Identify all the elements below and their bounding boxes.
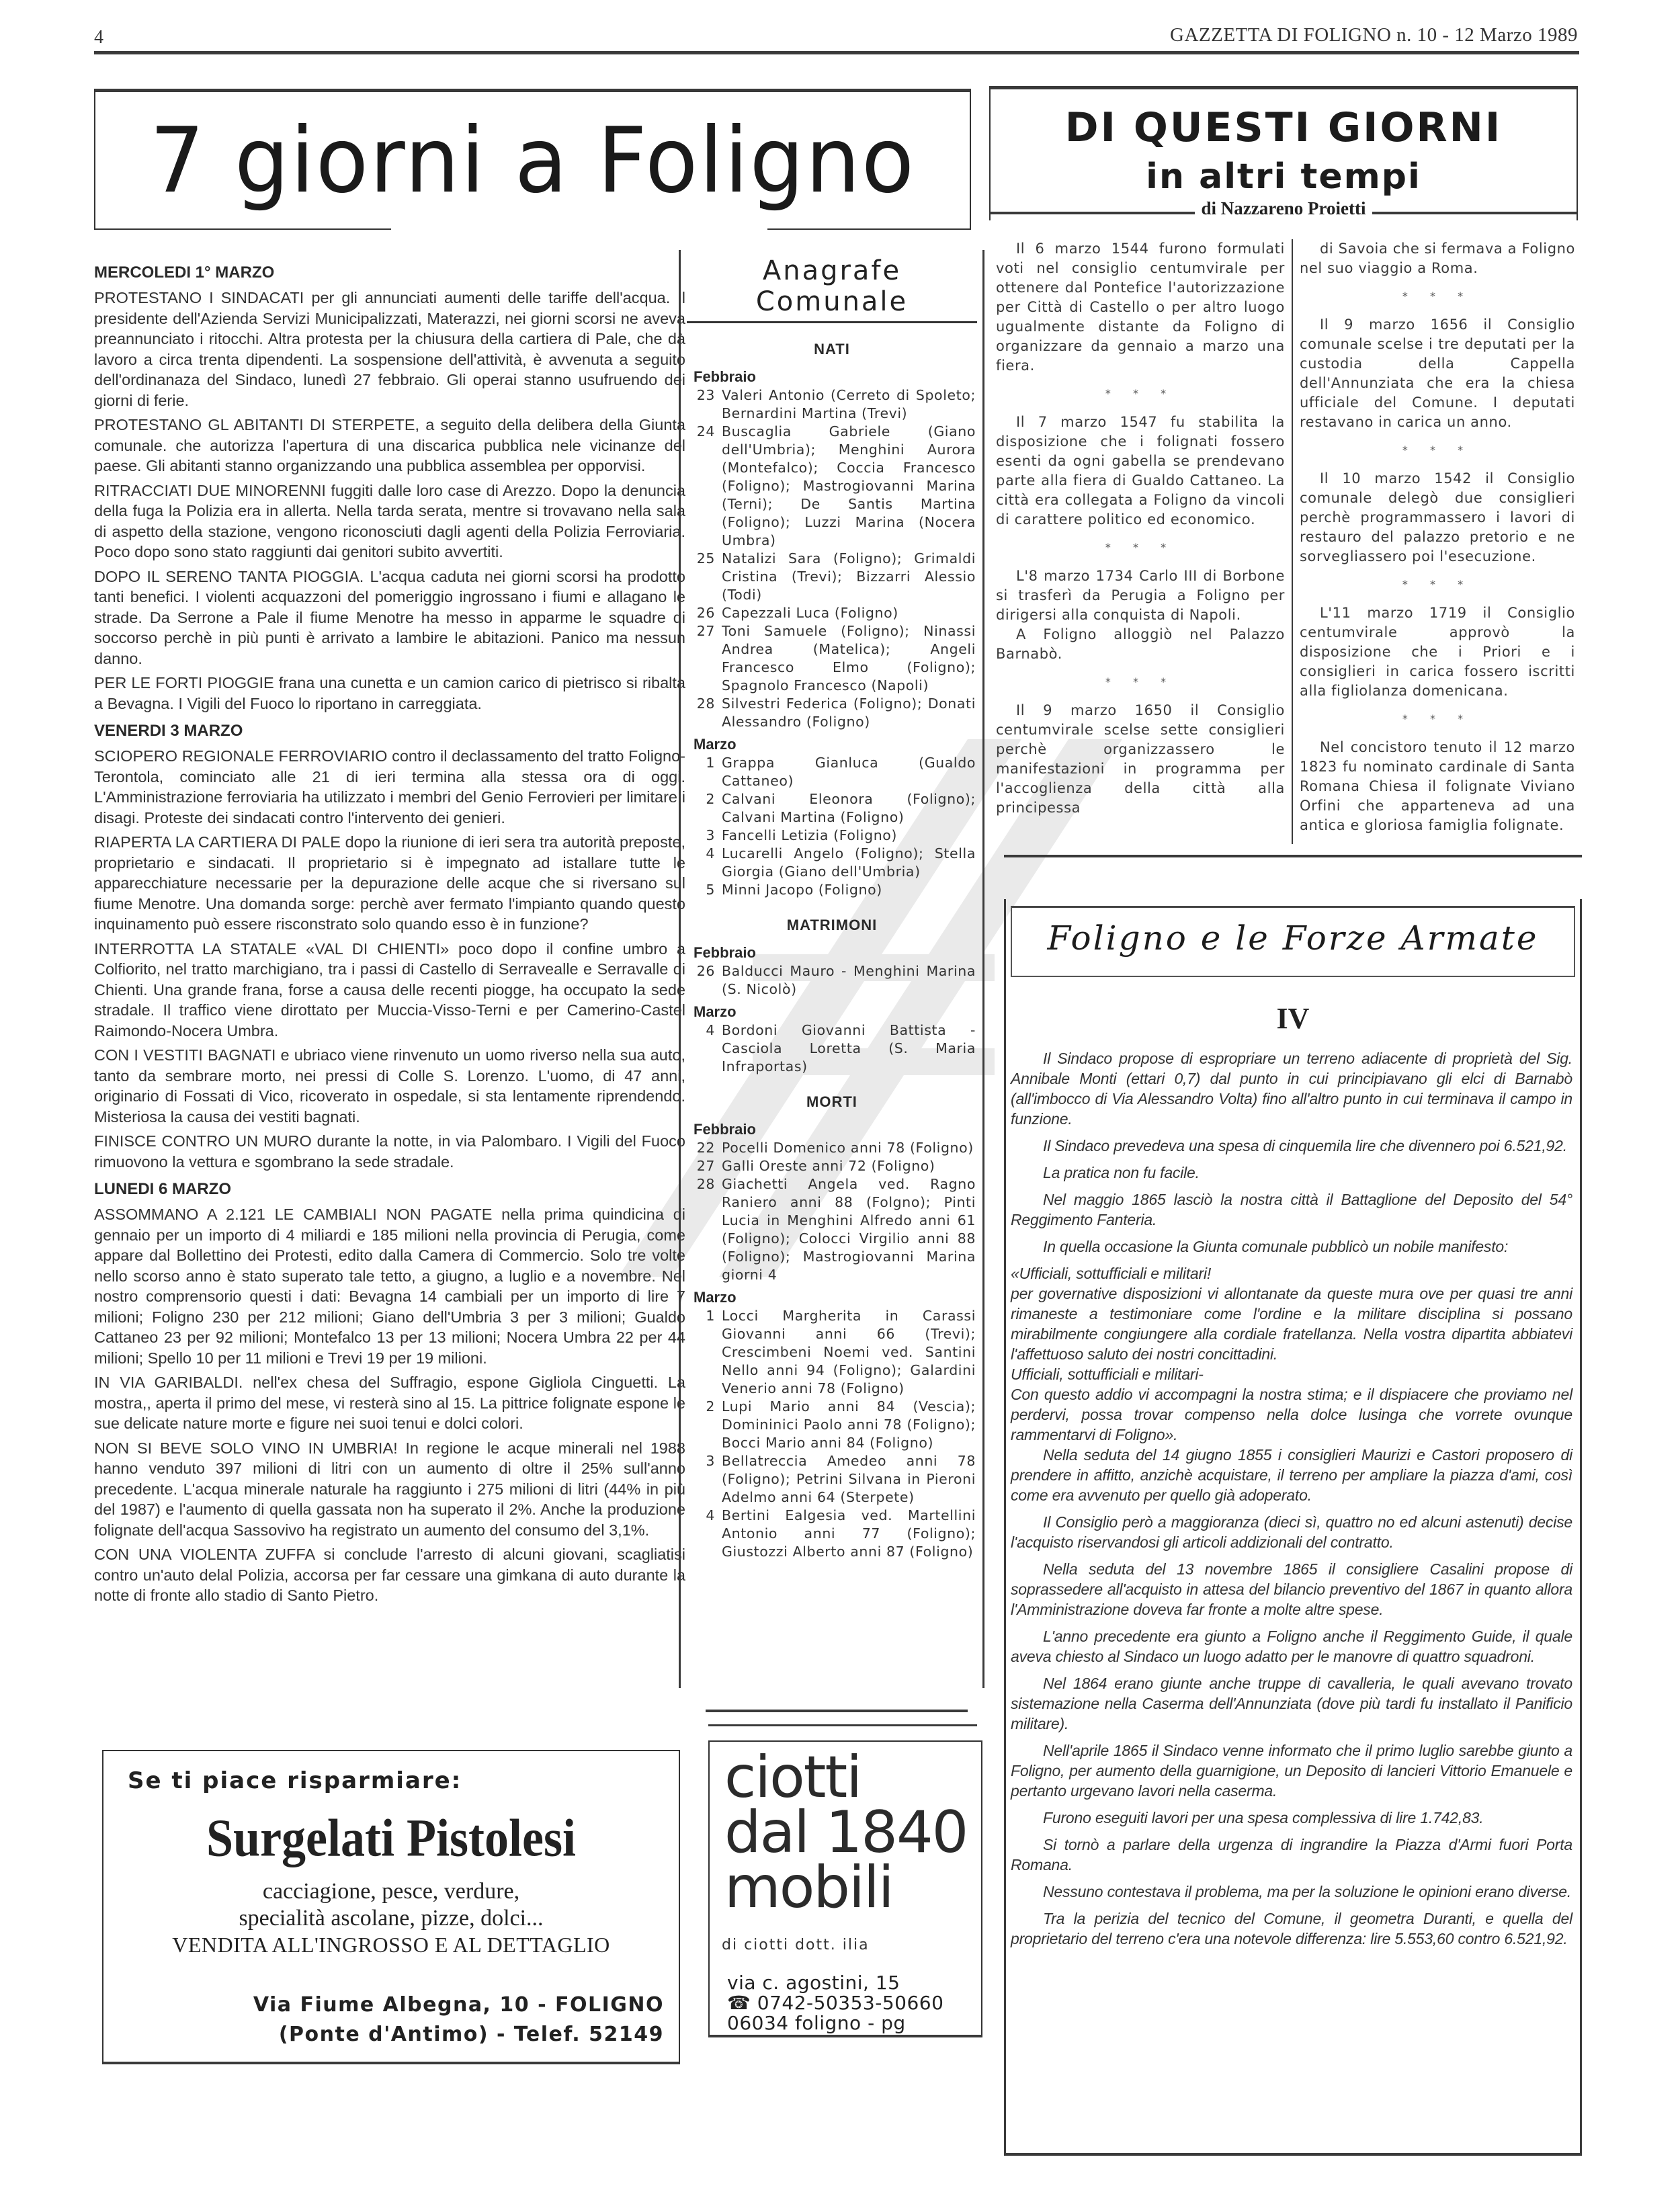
- entry-text: Minni Jacopo (Foligno): [722, 881, 980, 899]
- article-paragraph: Nella seduta del 13 novembre 1865 il con…: [1011, 1559, 1572, 1619]
- forze-armate-title-box: Foligno e le Forze Armate: [1011, 906, 1575, 977]
- ciotti-logo-line1: ciotti: [724, 1750, 967, 1805]
- section-separator: * * *: [1300, 709, 1575, 728]
- news-item: PROTESTANO I SINDACATI per gli annunciat…: [94, 288, 685, 411]
- article-paragraph: per governative disposizioni vi allontan…: [1011, 1283, 1572, 1364]
- anagrafe-bottom-rule: [706, 1710, 968, 1712]
- day-heading: LUNEDI 6 MARZO: [94, 1179, 685, 1200]
- header-rule: [94, 51, 1579, 54]
- dqg-paragraph: L'11 marzo 1719 il Consiglio centumviral…: [1300, 603, 1575, 701]
- day-heading: VENERDI 3 MARZO: [94, 720, 685, 742]
- news-lead: SCIOPERO REGIONALE FERROVIARIO: [94, 747, 387, 765]
- dqg-paragraph: L'8 marzo 1734 Carlo III di Borbone si t…: [996, 566, 1285, 625]
- news-item: RITRACCIATI DUE MINORENNI fuggiti dalle …: [94, 480, 685, 562]
- dqg-column-1: Il 6 marzo 1544 furono formulati voti ne…: [996, 239, 1285, 818]
- entry-day: 1: [684, 754, 722, 790]
- ad-products-line1: cacciagione, pesce, verdure,: [103, 1879, 679, 1904]
- article-paragraph: Nell'aprile 1865 il Sindaco venne inform…: [1011, 1740, 1572, 1801]
- dqg-paragraph: A Foligno alloggiò nel Palazzo Barnabò.: [996, 625, 1285, 664]
- masthead: GAZZETTA DI FOLIGNO n. 10 - 12 Marzo 198…: [1170, 24, 1578, 46]
- dqg-paragraph: Il 7 marzo 1547 fu stabilita la disposiz…: [996, 413, 1285, 530]
- column-divider: [679, 250, 681, 1688]
- news-item: IN VIA GARIBALDI. nell'ex chesa del Suff…: [94, 1372, 685, 1434]
- news-lead: PER LE FORTI PIOGGIE: [94, 674, 274, 691]
- article-paragraph: Il Sindaco propose di espropriare un ter…: [1011, 1048, 1572, 1129]
- section-separator: * * *: [1300, 286, 1575, 306]
- ciotti-phone: 0742-50353-50660: [757, 1992, 944, 2014]
- news-item: DOPO IL SERENO TANTA PIOGGIA. L'acqua ca…: [94, 566, 685, 669]
- ciotti-top-rule: [708, 1724, 977, 1726]
- anagrafe-entry: 24Buscaglia Gabriele (Giano dell'Umbria)…: [684, 423, 980, 550]
- entry-day: 27: [684, 1157, 722, 1175]
- anagrafe-section-heading: MATRIMONI: [684, 917, 980, 934]
- anagrafe-rule: [687, 321, 977, 323]
- dqg-paragraph: Il 10 marzo 1542 il Consiglio comunale d…: [1300, 469, 1575, 566]
- news-lead: PROTESTANO I SINDACATI: [94, 289, 304, 306]
- section-separator: * * *: [996, 672, 1285, 691]
- title-box-gap: [391, 226, 767, 231]
- entry-day: 23: [684, 386, 722, 423]
- anagrafe-section-heading: MORTI: [684, 1093, 980, 1111]
- entry-text: Locci Margherita in Carassi Giovanni ann…: [722, 1307, 980, 1398]
- ciotti-phone-row: ☎ 0742-50353-50660: [727, 1992, 943, 2014]
- entry-text: Lupi Mario anni 84 (Vescia); Domininici …: [722, 1398, 980, 1452]
- anagrafe-entry: 5Minni Jacopo (Foligno): [684, 881, 980, 899]
- forze-armate-title: Foligno e le Forze Armate: [1012, 919, 1574, 958]
- news-lead: NON SI BEVE SOLO VINO IN UMBRIA!: [94, 1439, 398, 1457]
- article-paragraph: Furono eseguiti lavori per una spesa com…: [1011, 1808, 1572, 1828]
- dqg-title-line1: DI QUESTI GIORNI: [991, 104, 1577, 151]
- anagrafe-entry: 28Silvestri Federica (Foligno); Donati A…: [684, 695, 980, 731]
- entry-text: Galli Oreste anni 72 (Foligno): [722, 1157, 980, 1175]
- entry-text: Bellatreccia Amedeo anni 78 (Foligno); P…: [722, 1452, 980, 1507]
- ciotti-address: via c. agostini, 15: [727, 1972, 900, 1994]
- telephone-icon: ☎: [727, 1992, 751, 2014]
- anagrafe-column: Anagrafe Comunale NATIFebbraio23Valeri A…: [684, 255, 980, 1561]
- entry-day: 26: [684, 962, 722, 999]
- entry-text: Pocelli Domenico anni 78 (Foligno): [722, 1139, 980, 1157]
- anagrafe-entry: 1Locci Margherita in Carassi Giovanni an…: [684, 1307, 980, 1398]
- anagrafe-entry: 25Natalizi Sara (Foligno); Grimaldi Cris…: [684, 550, 980, 604]
- seven-days-title-box: 7 giorni a Foligno: [94, 89, 971, 230]
- entry-day: 25: [684, 550, 722, 604]
- anagrafe-entry: 3Bellatreccia Amedeo anni 78 (Foligno); …: [684, 1452, 980, 1507]
- anagrafe-entry: 27Toni Samuele (Foligno); Ninassi Andrea…: [684, 622, 980, 695]
- anagrafe-title: Anagrafe Comunale: [684, 255, 980, 317]
- dqg-byline-row: di Nazzareno Proietti: [989, 195, 1578, 222]
- forze-armate-body: Il Sindaco propose di espropriare un ter…: [1011, 1048, 1572, 1955]
- ad-sales-line: VENDITA ALL'INGROSSO E AL DETTAGLIO: [103, 1933, 679, 1957]
- dqg-paragraph: Nel concistoro tenuto il 12 marzo 1823 f…: [1300, 738, 1575, 835]
- news-lead: RIAPERTA LA CARTIERA DI PALE: [94, 833, 341, 851]
- news-text: nella prima quindicina di gennaio per un…: [94, 1206, 685, 1367]
- entry-day: 22: [684, 1139, 722, 1157]
- dqg-paragraph: Il 6 marzo 1544 furono formulati voti ne…: [996, 239, 1285, 376]
- entry-day: 4: [684, 1021, 722, 1076]
- news-lead: PROTESTANO GL ABITANTI DI STERPETE: [94, 416, 415, 433]
- anagrafe-entry: 27Galli Oreste anni 72 (Foligno): [684, 1157, 980, 1175]
- news-lead: FINISCE CONTRO UN MURO: [94, 1132, 312, 1150]
- day-heading: MERCOLEDI 1° MARZO: [94, 262, 685, 284]
- article-paragraph: La pratica non fu facile.: [1011, 1163, 1572, 1183]
- dqg-paragraph: di Savoia che si fermava a Foligno nel s…: [1300, 239, 1575, 278]
- entry-day: 5: [684, 881, 722, 899]
- news-item: FINISCE CONTRO UN MURO durante la notte,…: [94, 1131, 685, 1172]
- dqg-byline: di Nazzareno Proietti: [1195, 198, 1373, 219]
- entry-text: Natalizi Sara (Foligno); Grimaldi Cristi…: [722, 550, 980, 604]
- news-text: per gli annunciati aumenti delle tariffe…: [94, 289, 685, 409]
- entry-text: Balducci Mauro - Menghini Marina (S. Nic…: [722, 962, 980, 999]
- entry-text: Grappa Gianluca (Gualdo Cattaneo): [722, 754, 980, 790]
- section-separator: * * *: [996, 384, 1285, 403]
- entry-day: 28: [684, 1175, 722, 1284]
- anagrafe-month: Febbraio: [684, 943, 980, 962]
- news-item: RIAPERTA LA CARTIERA DI PALE dopo la riu…: [94, 832, 685, 935]
- ad-address-phone: (Ponte d'Antimo) - Telef. 52149: [279, 2023, 664, 2046]
- anagrafe-month: Marzo: [684, 735, 980, 754]
- anagrafe-month: Marzo: [684, 1003, 980, 1021]
- ad-products-line2: specialità ascolane, pizze, dolci...: [103, 1906, 679, 1931]
- anagrafe-body: NATIFebbraio23Valeri Antonio (Cerreto di…: [684, 341, 980, 1561]
- article-paragraph: Il Sindaco prevedeva una spesa di cinque…: [1011, 1136, 1572, 1156]
- page-number: 4: [94, 27, 103, 48]
- entry-day: 2: [684, 790, 722, 827]
- entry-day: 27: [684, 622, 722, 695]
- seven-days-column: MERCOLEDI 1° MARZOPROTESTANO I SINDACATI…: [94, 255, 685, 1606]
- news-item: ASSOMMANO A 2.121 LE CAMBIALI NON PAGATE…: [94, 1204, 685, 1368]
- article-paragraph: Nessuno contestava il problema, ma per l…: [1011, 1882, 1572, 1902]
- anagrafe-month: Febbraio: [684, 368, 980, 386]
- entry-text: Buscaglia Gabriele (Giano dell'Umbria); …: [722, 423, 980, 550]
- dqg-title-line2: in altri tempi: [991, 157, 1577, 197]
- article-paragraph: «Ufficiali, sottufficiali e militari!: [1011, 1263, 1572, 1283]
- dqg-bottom-rule: [1004, 855, 1582, 857]
- news-item: INTERROTTA LA STATALE «Val di Chienti» p…: [94, 939, 685, 1042]
- forze-armate-part: IV: [1011, 1001, 1575, 1036]
- news-lead: RITRACCIATI DUE MINORENNI: [94, 482, 326, 499]
- anagrafe-entry: 26Capezzali Luca (Foligno): [684, 604, 980, 622]
- entry-day: 3: [684, 827, 722, 845]
- anagrafe-entry: 2Calvani Eleonora (Foligno); Calvani Mar…: [684, 790, 980, 827]
- section-separator: * * *: [1300, 440, 1575, 460]
- dqg-column-2: di Savoia che si fermava a Foligno nel s…: [1300, 239, 1575, 835]
- entry-day: 4: [684, 845, 722, 881]
- anagrafe-section-heading: NATI: [684, 341, 980, 358]
- entry-day: 26: [684, 604, 722, 622]
- article-paragraph: Tra la perizia del tecnico del Comune, i…: [1011, 1908, 1572, 1949]
- anagrafe-entry: 22Pocelli Domenico anni 78 (Foligno): [684, 1139, 980, 1157]
- news-item: PROTESTANO GL ABITANTI DI STERPETE, a se…: [94, 415, 685, 476]
- byline-rule-right: [1372, 212, 1578, 214]
- news-lead: DOPO IL SERENO TANTA PIOGGIA: [94, 568, 360, 585]
- anagrafe-entry: 26Balducci Mauro - Menghini Marina (S. N…: [684, 962, 980, 999]
- dqg-column-divider: [1292, 239, 1293, 844]
- anagrafe-entry: 23Valeri Antonio (Cerreto di Spoleto; Be…: [684, 386, 980, 423]
- news-item: SCIOPERO REGIONALE FERROVIARIO contro il…: [94, 746, 685, 828]
- entry-text: Bertini Ealgesia ved. Martellini Antonio…: [722, 1507, 980, 1561]
- article-paragraph: Ufficiali, sottufficiali e militari-: [1011, 1364, 1572, 1384]
- entry-day: 1: [684, 1307, 722, 1398]
- ad-brand-name: Surgelati Pistolesi: [103, 1808, 679, 1869]
- ciotti-logo-line3: mobili: [724, 1860, 967, 1915]
- byline-rule-left: [989, 212, 1195, 214]
- news-lead: INTERROTTA LA STATALE «Val di Chienti»: [94, 940, 449, 958]
- seven-days-title: 7 giorni a Foligno: [95, 108, 970, 213]
- ciotti-owner: di ciotti dott. ilia: [722, 1937, 870, 1953]
- article-paragraph: Il Consiglio però a maggioranza (dieci s…: [1011, 1512, 1572, 1552]
- entry-text: Toni Samuele (Foligno); Ninassi Andrea (…: [722, 622, 980, 695]
- entry-text: Valeri Antonio (Cerreto di Spoleto; Bern…: [722, 386, 980, 423]
- anagrafe-month: Marzo: [684, 1288, 980, 1307]
- ciotti-city: 06034 foligno - pg: [727, 2012, 906, 2034]
- article-paragraph: Con questo addio vi accompagni la nostra…: [1011, 1384, 1572, 1445]
- article-paragraph: Nel 1864 erano giunte anche truppe di ca…: [1011, 1673, 1572, 1734]
- article-paragraph: Si tornò a parlare della urgenza di ingr…: [1011, 1835, 1572, 1875]
- ad-tagline: Se ti piace risparmiare:: [128, 1767, 462, 1794]
- entry-day: 24: [684, 423, 722, 550]
- entry-text: Fancelli Letizia (Foligno): [722, 827, 980, 845]
- news-lead: IN VIA GARIBALDI: [94, 1374, 239, 1391]
- article-paragraph: In quella occasione la Giunta comunale p…: [1011, 1236, 1572, 1257]
- entry-day: 4: [684, 1507, 722, 1561]
- anagrafe-entry: 3Fancelli Letizia (Foligno): [684, 827, 980, 845]
- anagrafe-month: Febbraio: [684, 1120, 980, 1139]
- anagrafe-entry: 4Bordoni Giovanni Battista - Casciola Lo…: [684, 1021, 980, 1076]
- ad-ciotti-mobili: ciotti dal 1840 mobili di ciotti dott. i…: [708, 1740, 982, 2037]
- article-paragraph: Nel maggio 1865 lasciò la nostra città i…: [1011, 1189, 1572, 1230]
- news-item: CON UNA VIOLENTA ZUFFA si conclude l'arr…: [94, 1544, 685, 1606]
- ciotti-logo-line2: dal 1840: [724, 1805, 967, 1860]
- entry-day: 3: [684, 1452, 722, 1507]
- article-paragraph: L'anno precedente era giunto a Foligno a…: [1011, 1626, 1572, 1667]
- anagrafe-entry: 2Lupi Mario anni 84 (Vescia); Domininici…: [684, 1398, 980, 1452]
- news-item: NON SI BEVE SOLO VINO IN UMBRIA! In regi…: [94, 1438, 685, 1541]
- ciotti-logo: ciotti dal 1840 mobili: [724, 1750, 967, 1915]
- anagrafe-entry: 4Bertini Ealgesia ved. Martellini Antoni…: [684, 1507, 980, 1561]
- section-separator: * * *: [1300, 575, 1575, 594]
- news-lead: CON UNA VIOLENTA ZUFFA: [94, 1546, 314, 1563]
- dqg-paragraph: Il 9 marzo 1656 il Consiglio comunale sc…: [1300, 315, 1575, 432]
- entry-text: Bordoni Giovanni Battista - Casciola Lor…: [722, 1021, 980, 1076]
- news-item: CON I VESTITI BAGNATI e ubriaco viene ri…: [94, 1045, 685, 1127]
- news-lead: ASSOMMANO A 2.121 LE CAMBIALI NON PAGATE: [94, 1206, 492, 1223]
- news-lead: CON I VESTITI BAGNATI: [94, 1046, 276, 1064]
- dqg-paragraph: Il 9 marzo 1650 il Consiglio centumviral…: [996, 701, 1285, 818]
- news-item: PER LE FORTI PIOGGIE frana una cunetta e…: [94, 673, 685, 714]
- column-divider: [982, 250, 984, 1688]
- entry-text: Capezzali Luca (Foligno): [722, 604, 980, 622]
- anagrafe-entry: 1Grappa Gianluca (Gualdo Cattaneo): [684, 754, 980, 790]
- entry-day: 28: [684, 695, 722, 731]
- anagrafe-entry: 4Lucarelli Angelo (Foligno); Stella Gior…: [684, 845, 980, 881]
- article-paragraph: Nella seduta del 14 giugno 1855 i consig…: [1011, 1445, 1572, 1505]
- anagrafe-entry: 28Giachetti Angela ved. Ragno Raniero an…: [684, 1175, 980, 1284]
- ad-surgelati-pistolesi: Se ti piace risparmiare: Surgelati Pisto…: [102, 1750, 680, 2064]
- entry-text: Lucarelli Angelo (Foligno); Stella Giorg…: [722, 845, 980, 881]
- entry-text: Calvani Eleonora (Foligno); Calvani Mart…: [722, 790, 980, 827]
- entry-day: 2: [684, 1398, 722, 1452]
- entry-text: Giachetti Angela ved. Ragno Raniero anni…: [722, 1175, 980, 1284]
- ad-address: Via Fiume Albegna, 10 - FOLIGNO: [253, 1993, 664, 2017]
- entry-text: Silvestri Federica (Foligno); Donati Ale…: [722, 695, 980, 731]
- section-separator: * * *: [996, 538, 1285, 557]
